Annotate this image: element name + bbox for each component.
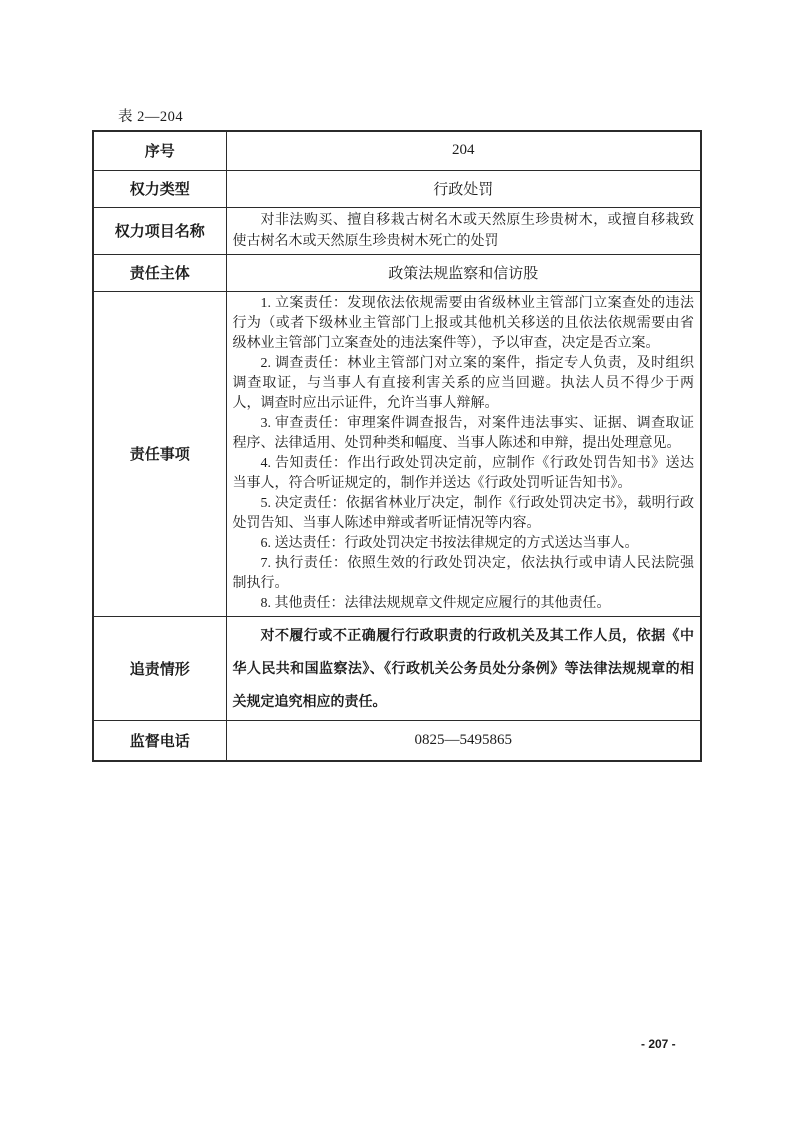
row-label-responsibility-items: 责任事项 <box>93 291 226 616</box>
row-label-supervision-phone: 监督电话 <box>93 720 226 761</box>
duty-item-4: 4. 告知责任：作出行政处罚决定前，应制作《行政处罚告知书》送达当事人，符合听证… <box>233 454 695 494</box>
row-value-supervision-phone: 0825—5495865 <box>226 720 701 761</box>
duty-item-1: 1. 立案责任：发现依法依规需要由省级林业主管部门立案查处的违法行为（或者下级林… <box>233 294 695 354</box>
row-value-accountability-situations: 对不履行或不正确履行行政职责的行政机关及其工作人员，依据《中华人民共和国监察法》… <box>226 616 701 720</box>
duty-item-2: 2. 调查责任：林业主管部门对立案的案件，指定专人负责，及时组织调查取证，与当事… <box>233 354 695 414</box>
row-label-accountability-situations: 追责情形 <box>93 616 226 720</box>
duty-item-3: 3. 审查责任：审理案件调查报告，对案件违法事实、证据、调查取证程序、法律适用、… <box>233 414 695 454</box>
row-responsibility-subject: 责任主体 政策法规监察和信访股 <box>93 254 701 291</box>
accountability-text: 对不履行或不正确履行行政职责的行政机关及其工作人员，依据《中华人民共和国监察法》… <box>233 619 695 718</box>
row-power-type: 权力类型 行政处罚 <box>93 170 701 207</box>
page-number: - 207 - <box>641 1037 676 1051</box>
duty-item-5: 5. 决定责任：依据省林业厅决定，制作《行政处罚决定书》，载明行政处罚告知、当事… <box>233 494 695 534</box>
power-item-name-text: 对非法购买、擅自移栽古树名木或天然原生珍贵树木，或擅自移栽致使古树名木或天然原生… <box>233 210 695 252</box>
duty-item-8: 8. 其他责任：法律法规规章文件规定应履行的其他责任。 <box>233 594 695 614</box>
row-value-power-type: 行政处罚 <box>226 170 701 207</box>
row-label-responsibility-subject: 责任主体 <box>93 254 226 291</box>
row-accountability-situations: 追责情形 对不履行或不正确履行行政职责的行政机关及其工作人员，依据《中华人民共和… <box>93 616 701 720</box>
row-label-power-type: 权力类型 <box>93 170 226 207</box>
row-value-responsibility-items: 1. 立案责任：发现依法依规需要由省级林业主管部门立案查处的违法行为（或者下级林… <box>226 291 701 616</box>
row-value-serial-number: 204 <box>226 131 701 170</box>
row-supervision-phone: 监督电话 0825—5495865 <box>93 720 701 761</box>
row-power-item-name: 权力项目名称 对非法购买、擅自移栽古树名木或天然原生珍贵树木，或擅自移栽致使古树… <box>93 207 701 254</box>
row-responsibility-items: 责任事项 1. 立案责任：发现依法依规需要由省级林业主管部门立案查处的违法行为（… <box>93 291 701 616</box>
row-serial-number: 序号 204 <box>93 131 701 170</box>
responsibility-table: 序号 204 权力类型 行政处罚 权力项目名称 对非法购买、擅自移栽古树名木或天… <box>92 130 702 762</box>
row-value-power-item-name: 对非法购买、擅自移栽古树名木或天然原生珍贵树木，或擅自移栽致使古树名木或天然原生… <box>226 207 701 254</box>
row-value-responsibility-subject: 政策法规监察和信访股 <box>226 254 701 291</box>
row-label-serial-number: 序号 <box>93 131 226 170</box>
table-caption: 表 2—204 <box>118 105 183 126</box>
duty-item-6: 6. 送达责任：行政处罚决定书按法律规定的方式送达当事人。 <box>233 534 695 554</box>
row-label-power-item-name: 权力项目名称 <box>93 207 226 254</box>
duty-item-7: 7. 执行责任：依照生效的行政处罚决定，依法执行或申请人民法院强制执行。 <box>233 554 695 594</box>
document-page: 表 2—204 序号 204 权力类型 行政处罚 权力项目名称 对非法购买、擅自… <box>0 0 793 1122</box>
